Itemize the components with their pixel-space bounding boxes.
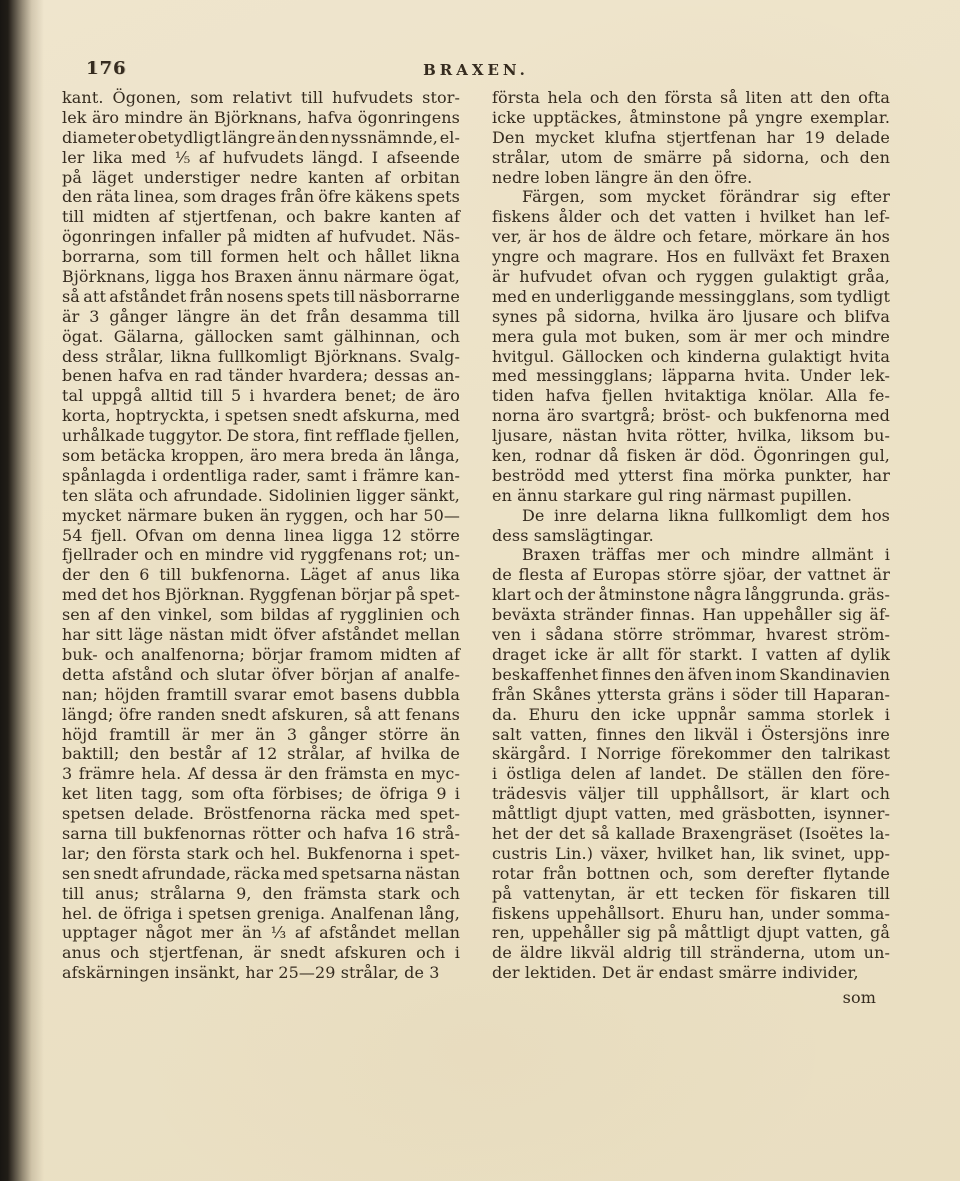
- text-line: synes på sidorna, hvilka äro ljusare och…: [492, 307, 890, 327]
- binding-shadow: [0, 0, 44, 1181]
- text-line: detta afstånd och slutar öfver början af…: [62, 665, 460, 685]
- text-line: en ännu starkare gul ring närmast pupill…: [492, 486, 890, 506]
- text-line: borrarna, som till formen helt och hålle…: [62, 247, 460, 267]
- text-line: lar; den första stark och hel. Bukfenorn…: [62, 844, 460, 864]
- text-line: sen af den vinkel, som bildas af rygglin…: [62, 605, 460, 625]
- text-line: spånlagda i ordentliga rader, samt i frä…: [62, 466, 460, 486]
- text-line: icke upptäckes, åtminstone på yngre exem…: [492, 108, 890, 128]
- text-line: 3 främre hela. Af dessa är den främsta e…: [62, 764, 460, 784]
- text-line: i östliga delen af landet. De ställen de…: [492, 764, 890, 784]
- text-line: med det hos Björknan. Ryggfenan börjar p…: [62, 585, 460, 605]
- text-line: ögat. Gälarna, gällocken samt gälhinnan,…: [62, 327, 460, 347]
- text-line: ken, rodnar då fisken är död. Ögonringen…: [492, 446, 890, 466]
- text-line: strålar, utom de smärre på sidorna, och …: [492, 148, 890, 168]
- text-line: ler lika med ⅕ af hufvudets längd. I afs…: [62, 148, 460, 168]
- text-line: Björknans, ligga hos Braxen ännu närmare…: [62, 267, 460, 287]
- text-line: de flesta af Europas större sjöar, der v…: [492, 565, 890, 585]
- text-line: till anus; strålarna 9, den främsta star…: [62, 884, 460, 904]
- text-line: med messingglans; läpparna hvita. Under …: [492, 366, 890, 386]
- text-line: korta, hoptryckta, i spetsen snedt afsku…: [62, 406, 460, 426]
- text-line: klart och der åtminstone några långgrund…: [492, 585, 890, 605]
- text-line: de äldre likväl aldrig till stränderna, …: [492, 943, 890, 963]
- text-line: norna äro svartgrå; bröst- och bukfenorn…: [492, 406, 890, 426]
- text-line: der lektiden. Det är endast smärre indiv…: [492, 963, 890, 983]
- text-line: hel. de öfriga i spetsen greniga. Analfe…: [62, 904, 460, 924]
- text-line: yngre och magrare. Hos en fullväxt fet B…: [492, 247, 890, 267]
- text-line: afskärningen insänkt, har 25—29 strålar,…: [62, 963, 460, 983]
- text-line: het der det så kallade Braxengräset (Iso…: [492, 824, 890, 844]
- text-line: från Skånes yttersta gräns i söder till …: [492, 685, 890, 705]
- text-line: som betäcka kroppen, äro mera breda än l…: [62, 446, 460, 466]
- text-line: längd; öfre randen snedt afskuren, så at…: [62, 705, 460, 725]
- text-line: skärgård. I Norrige förekommer den talri…: [492, 744, 890, 764]
- text-line: sen snedt afrundade, räcka med spetsarna…: [62, 864, 460, 884]
- text-line: lek äro mindre än Björknans, hafva ögonr…: [62, 108, 460, 128]
- text-line: beströdd med ytterst fina mörka punkter,…: [492, 466, 890, 486]
- text-line: upptager något mer än ⅓ af afståndet mel…: [62, 923, 460, 943]
- right-column: första hela och den första så liten att …: [492, 88, 890, 1008]
- text-line: nan; höjden framtill svarar emot basens …: [62, 685, 460, 705]
- text-line: beväxta stränder finnas. Han uppehåller …: [492, 605, 890, 625]
- text-line: så att afståndet från nosens spets till …: [62, 287, 460, 307]
- text-line: Den mycket klufna stjertfenan har 19 del…: [492, 128, 890, 148]
- text-line: med en underliggande messingglans, som t…: [492, 287, 890, 307]
- text-line: ket liten tagg, som ofta förbises; de öf…: [62, 784, 460, 804]
- text-line: första hela och den första så liten att …: [492, 88, 890, 108]
- text-line: dess samslägtingar.: [492, 526, 890, 546]
- text-line: kant. Ögonen, som relativt till hufvudet…: [62, 88, 460, 108]
- text-line: har sitt läge nästan midt öfver afstånde…: [62, 625, 460, 645]
- text-line: beskaffenhet finnes den äfven inom Skand…: [492, 665, 890, 685]
- text-line: spetsen delade. Bröstfenorna räcka med s…: [62, 804, 460, 824]
- text-line: tiden hafva fjellen hvitaktiga knölar. A…: [492, 386, 890, 406]
- text-line: på vattenytan, är ett tecken för fiskare…: [492, 884, 890, 904]
- text-line: på läget understiger nedre kanten af orb…: [62, 168, 460, 188]
- text-line: da. Ehuru den icke uppnår samma storlek …: [492, 705, 890, 725]
- text-line: Färgen, som mycket förändrar sig efter: [492, 187, 890, 207]
- text-line: anus och stjertfenan, är snedt afskuren …: [62, 943, 460, 963]
- text-line: sarna till bukfenornas rötter och hafva …: [62, 824, 460, 844]
- text-line: är 3 gånger längre än det från desamma t…: [62, 307, 460, 327]
- text-line: ljusare, nästan hvita rötter, hvilka, li…: [492, 426, 890, 446]
- text-line: ven i sådana större strömmar, hvarest st…: [492, 625, 890, 645]
- text-line: diameter obetydligt längre än den nyssnä…: [62, 128, 460, 148]
- text-line: fiskens uppehållsort. Ehuru han, under s…: [492, 904, 890, 924]
- text-line: draget icke är allt för starkt. I vatten…: [492, 645, 890, 665]
- text-line: ögonringen infaller på midten af hufvude…: [62, 227, 460, 247]
- text-line: 54 fjell. Ofvan om denna linea ligga 12 …: [62, 526, 460, 546]
- left-column: kant. Ögonen, som relativt till hufvudet…: [62, 88, 460, 983]
- text-line: urhålkade tuggytor. De stora, fint reffl…: [62, 426, 460, 446]
- text-line: rotar från bottnen och, som derefter fly…: [492, 864, 890, 884]
- text-line: baktill; den består af 12 strålar, af hv…: [62, 744, 460, 764]
- text-line: ren, uppehåller sig på måttligt djupt va…: [492, 923, 890, 943]
- text-line: den räta linea, som drages från öfre käk…: [62, 187, 460, 207]
- text-line: hvitgul. Gällocken och kinderna gulaktig…: [492, 347, 890, 367]
- catchword: som: [492, 988, 890, 1008]
- page-header: 176 BRAXEN.: [62, 57, 890, 83]
- text-line: måttligt djupt vatten, med gräsbotten, i…: [492, 804, 890, 824]
- text-line: ten släta och afrundade. Sidolinien ligg…: [62, 486, 460, 506]
- running-title: BRAXEN.: [62, 61, 890, 79]
- text-line: Braxen träffas mer och mindre allmänt i: [492, 545, 890, 565]
- text-line: der den 6 till bukfenorna. Läget af anus…: [62, 565, 460, 585]
- text-line: höjd framtill är mer än 3 gånger större …: [62, 725, 460, 745]
- text-line: custris Lin.) växer, hvilket han, lik sv…: [492, 844, 890, 864]
- text-line: är hufvudet ofvan och ryggen gulaktigt g…: [492, 267, 890, 287]
- text-line: trädesvis väljer till upphållsort, är kl…: [492, 784, 890, 804]
- text-line: fjellrader och en mindre vid ryggfenans …: [62, 545, 460, 565]
- text-line: till midten af stjertfenan, och bakre ka…: [62, 207, 460, 227]
- text-line: ver, är hos de äldre och fetare, mörkare…: [492, 227, 890, 247]
- text-line: benen hafva en rad tänder hvardera; dess…: [62, 366, 460, 386]
- text-line: mycket närmare buken än ryggen, och har …: [62, 506, 460, 526]
- text-line: De inre delarna likna fullkomligt dem ho…: [492, 506, 890, 526]
- book-page: 176 BRAXEN. kant. Ögonen, som relativt t…: [0, 0, 960, 1181]
- text-line: mera gula mot buken, som är mer och mind…: [492, 327, 890, 347]
- text-line: salt vatten, finnes den likväl i Östersj…: [492, 725, 890, 745]
- text-line: buk- och analfenorna; börjar framom midt…: [62, 645, 460, 665]
- text-line: nedre loben längre än den öfre.: [492, 168, 890, 188]
- text-line: dess strålar, likna fullkomligt Björknan…: [62, 347, 460, 367]
- text-line: tal uppgå alltid till 5 i hvardera benet…: [62, 386, 460, 406]
- text-line: fiskens ålder och det vatten i hvilket h…: [492, 207, 890, 227]
